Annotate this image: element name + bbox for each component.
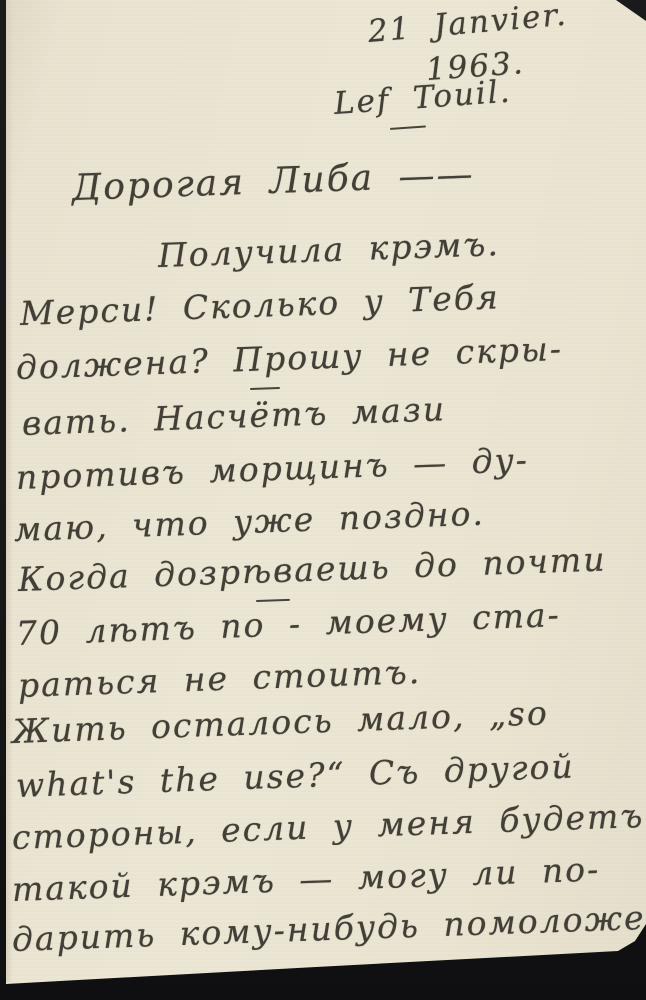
letter-line: должена? Прошу не скры-	[15, 329, 563, 387]
ink-underline-proshu	[250, 387, 280, 390]
letter-line: Когда дозрѣваешь до почти	[17, 539, 607, 599]
letter-photograph: 21 Janvier. 1963. Lef Touil. Дорогая Либ…	[0, 0, 646, 1000]
ink-underline-place	[390, 125, 426, 130]
letter-salutation: Дорогая Либа ——	[71, 154, 475, 209]
letter-paper-sheet: 21 Janvier. 1963. Lef Touil. Дорогая Либ…	[6, 0, 646, 1000]
ink-underline-dozrevaesh	[256, 599, 290, 602]
letter-line: раться не стоитъ.	[17, 652, 421, 705]
letter-line: дарить кому-нибудь помоложе.	[11, 897, 646, 959]
letter-line: такой крэмъ — могу ли по-	[11, 849, 601, 909]
letter-line: стороны, если у меня будетъ	[11, 796, 645, 857]
letter-line: маю, что уже поздно.	[13, 494, 485, 549]
letter-place-line: Lef Touil.	[333, 74, 513, 122]
letter-line: противъ морщинъ — ду-	[15, 440, 529, 497]
letter-line: what's the use?“ Съ другой	[15, 747, 575, 805]
letter-line: Мерси! Сколько у Тебя	[19, 277, 500, 333]
letter-date-day: 21 Janvier.	[366, 0, 569, 50]
letter-line: 70 лѣтъ по - моему ста-	[15, 595, 561, 653]
letter-line: Получила крэмъ.	[157, 224, 500, 275]
letter-line: вать. Насчётъ мази	[21, 389, 446, 443]
